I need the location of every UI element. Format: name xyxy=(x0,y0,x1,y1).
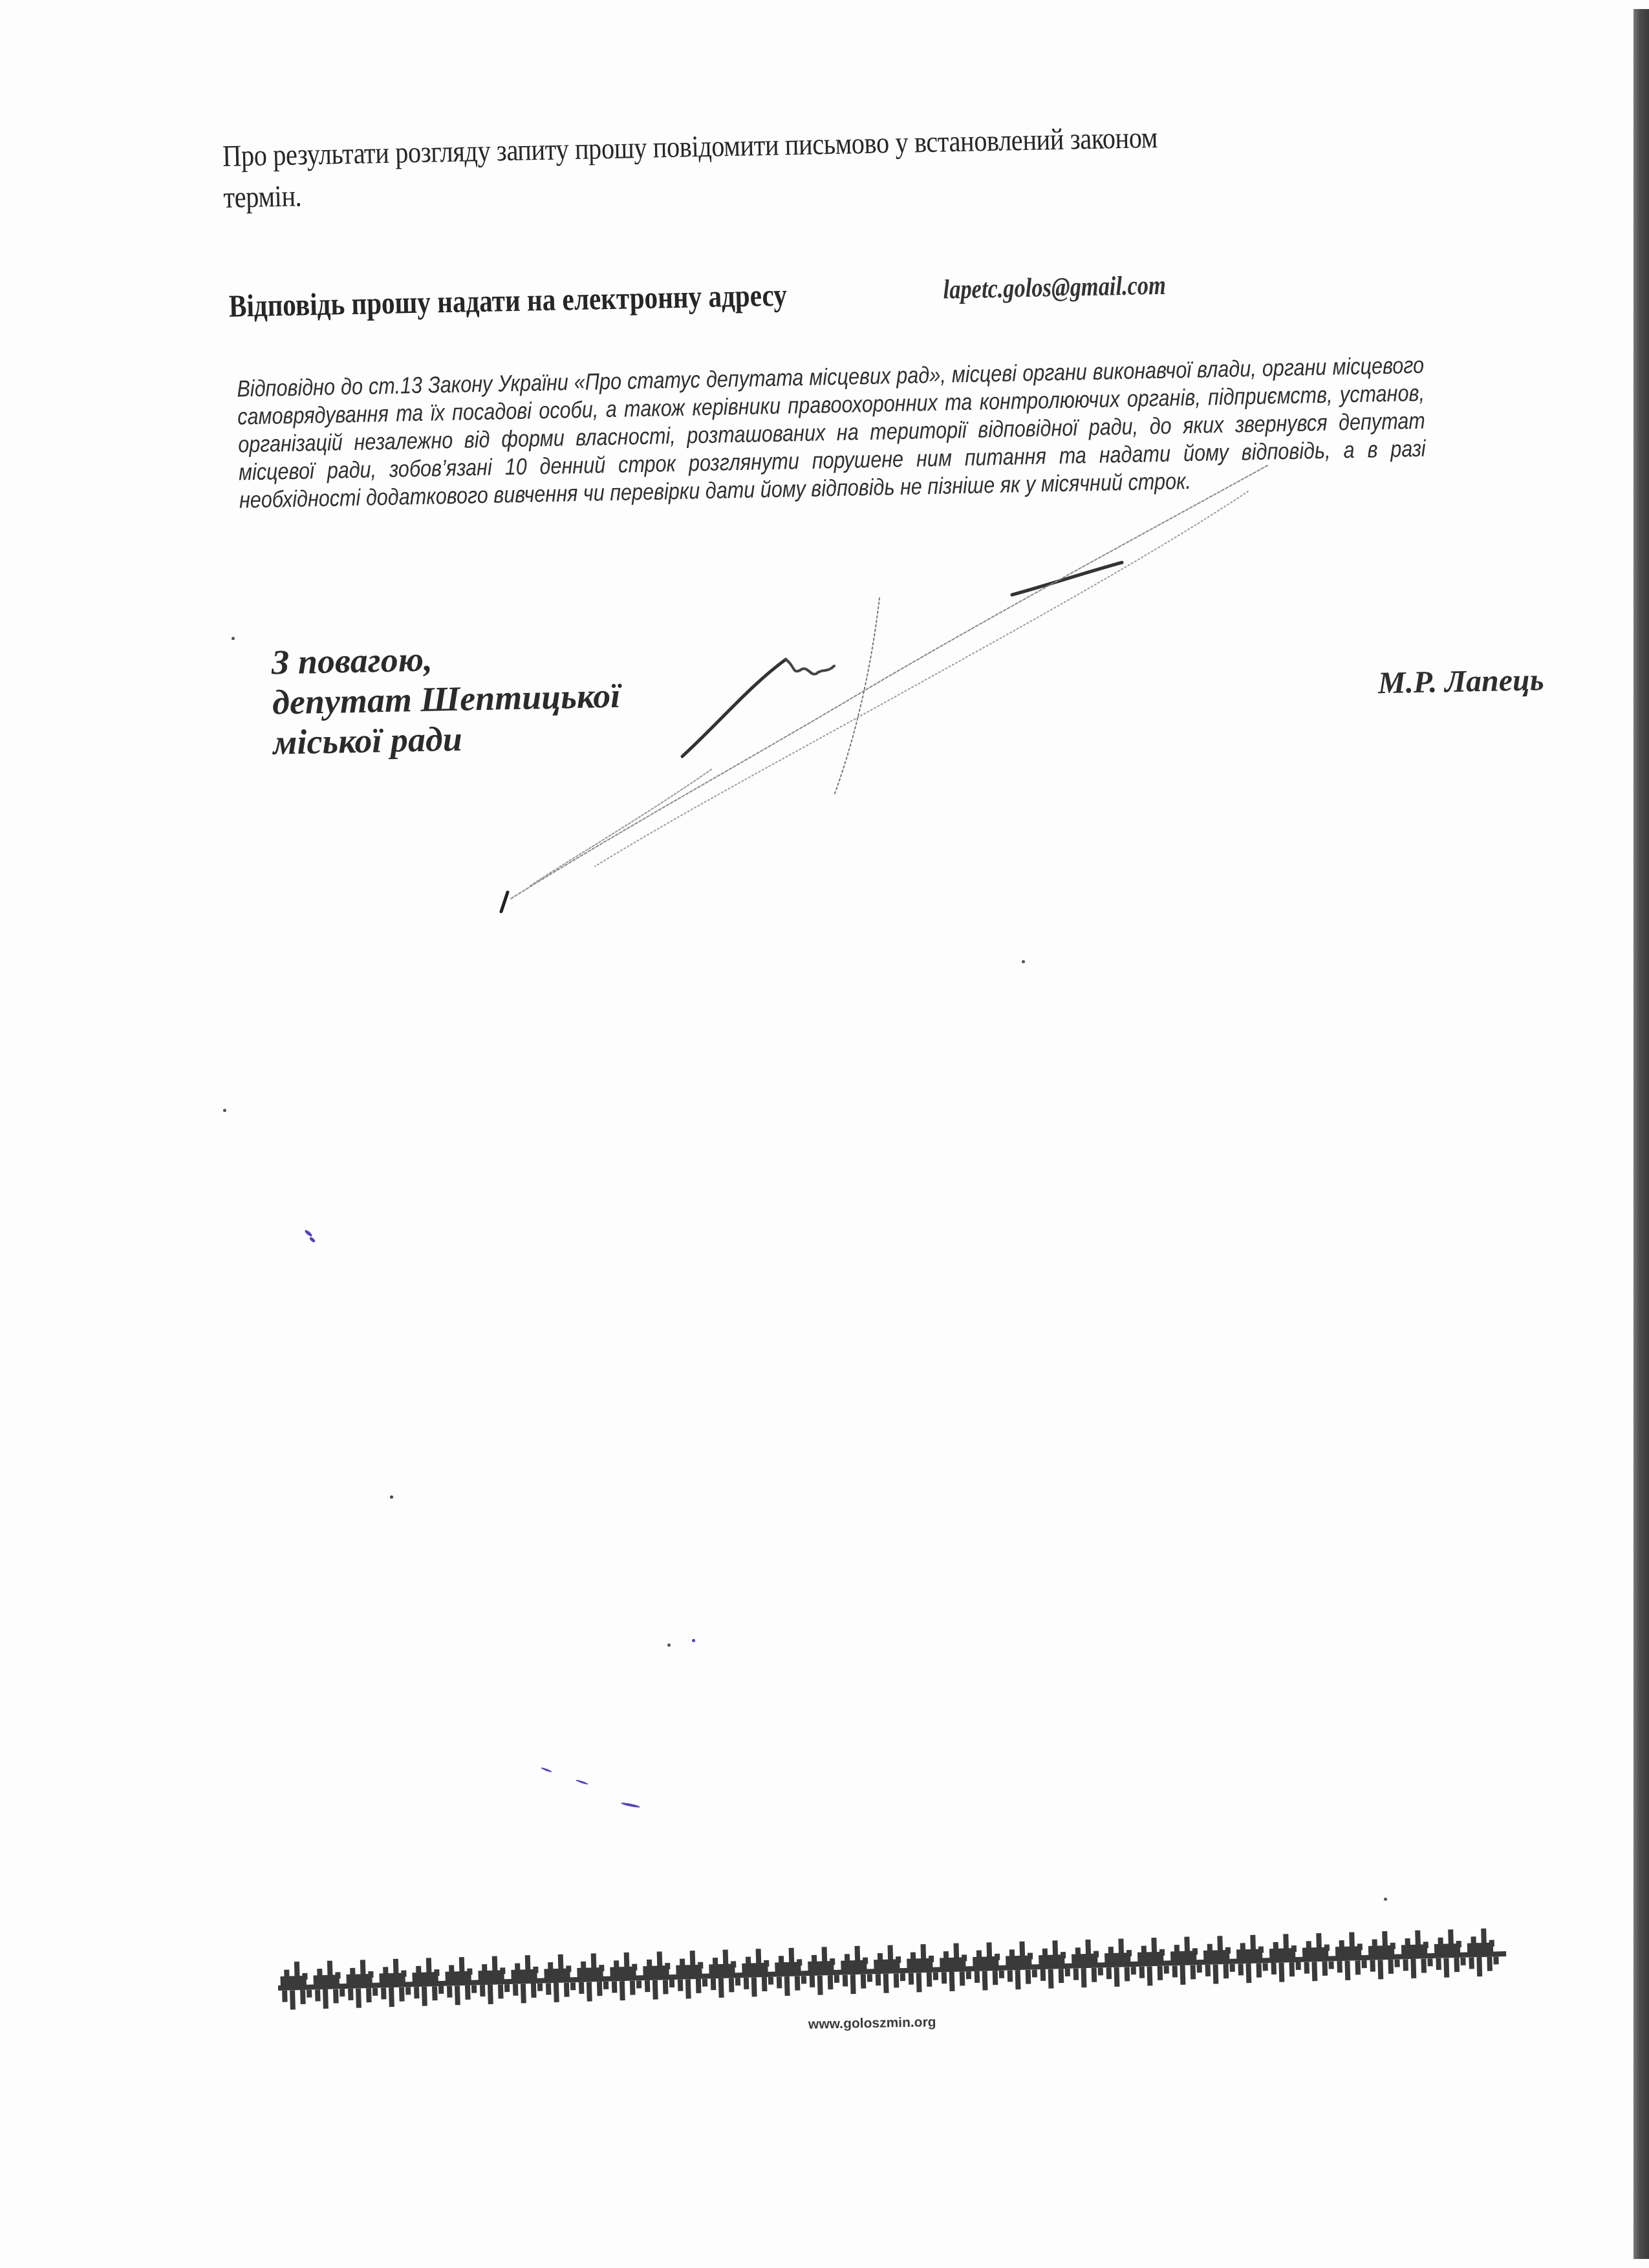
closing-line-deputy: депутат Шептицької xyxy=(272,676,621,723)
closing-block: З повагою, депутат Шептицької міської ра… xyxy=(271,636,621,763)
footer-website-link[interactable]: www.goloszmin.org xyxy=(808,2015,936,2032)
reply-label: Відповідь прошу надати на електронну адр… xyxy=(228,276,787,324)
signer-name: М.Р. Лапець xyxy=(1377,662,1544,701)
scan-speck xyxy=(232,637,235,640)
ink-speck xyxy=(390,1495,393,1499)
scan-speck xyxy=(1022,960,1025,963)
legal-note: Відповідно до ст.13 Закону України «Про … xyxy=(237,351,1427,514)
scan-speck xyxy=(667,1643,671,1647)
scan-speck xyxy=(223,1109,226,1112)
ink-speck xyxy=(692,1639,695,1642)
scan-speck xyxy=(1384,1898,1387,1901)
closing-line-council: міської ради xyxy=(273,716,621,763)
request-paragraph: Про результати розгляду запиту прошу пов… xyxy=(222,116,1225,219)
reply-email-link[interactable]: lapetc.golos@gmail.com xyxy=(943,270,1166,306)
reply-address-line: Відповідь прошу надати на електронну адр… xyxy=(228,274,893,325)
closing-line-regards: З повагою, xyxy=(271,636,620,683)
